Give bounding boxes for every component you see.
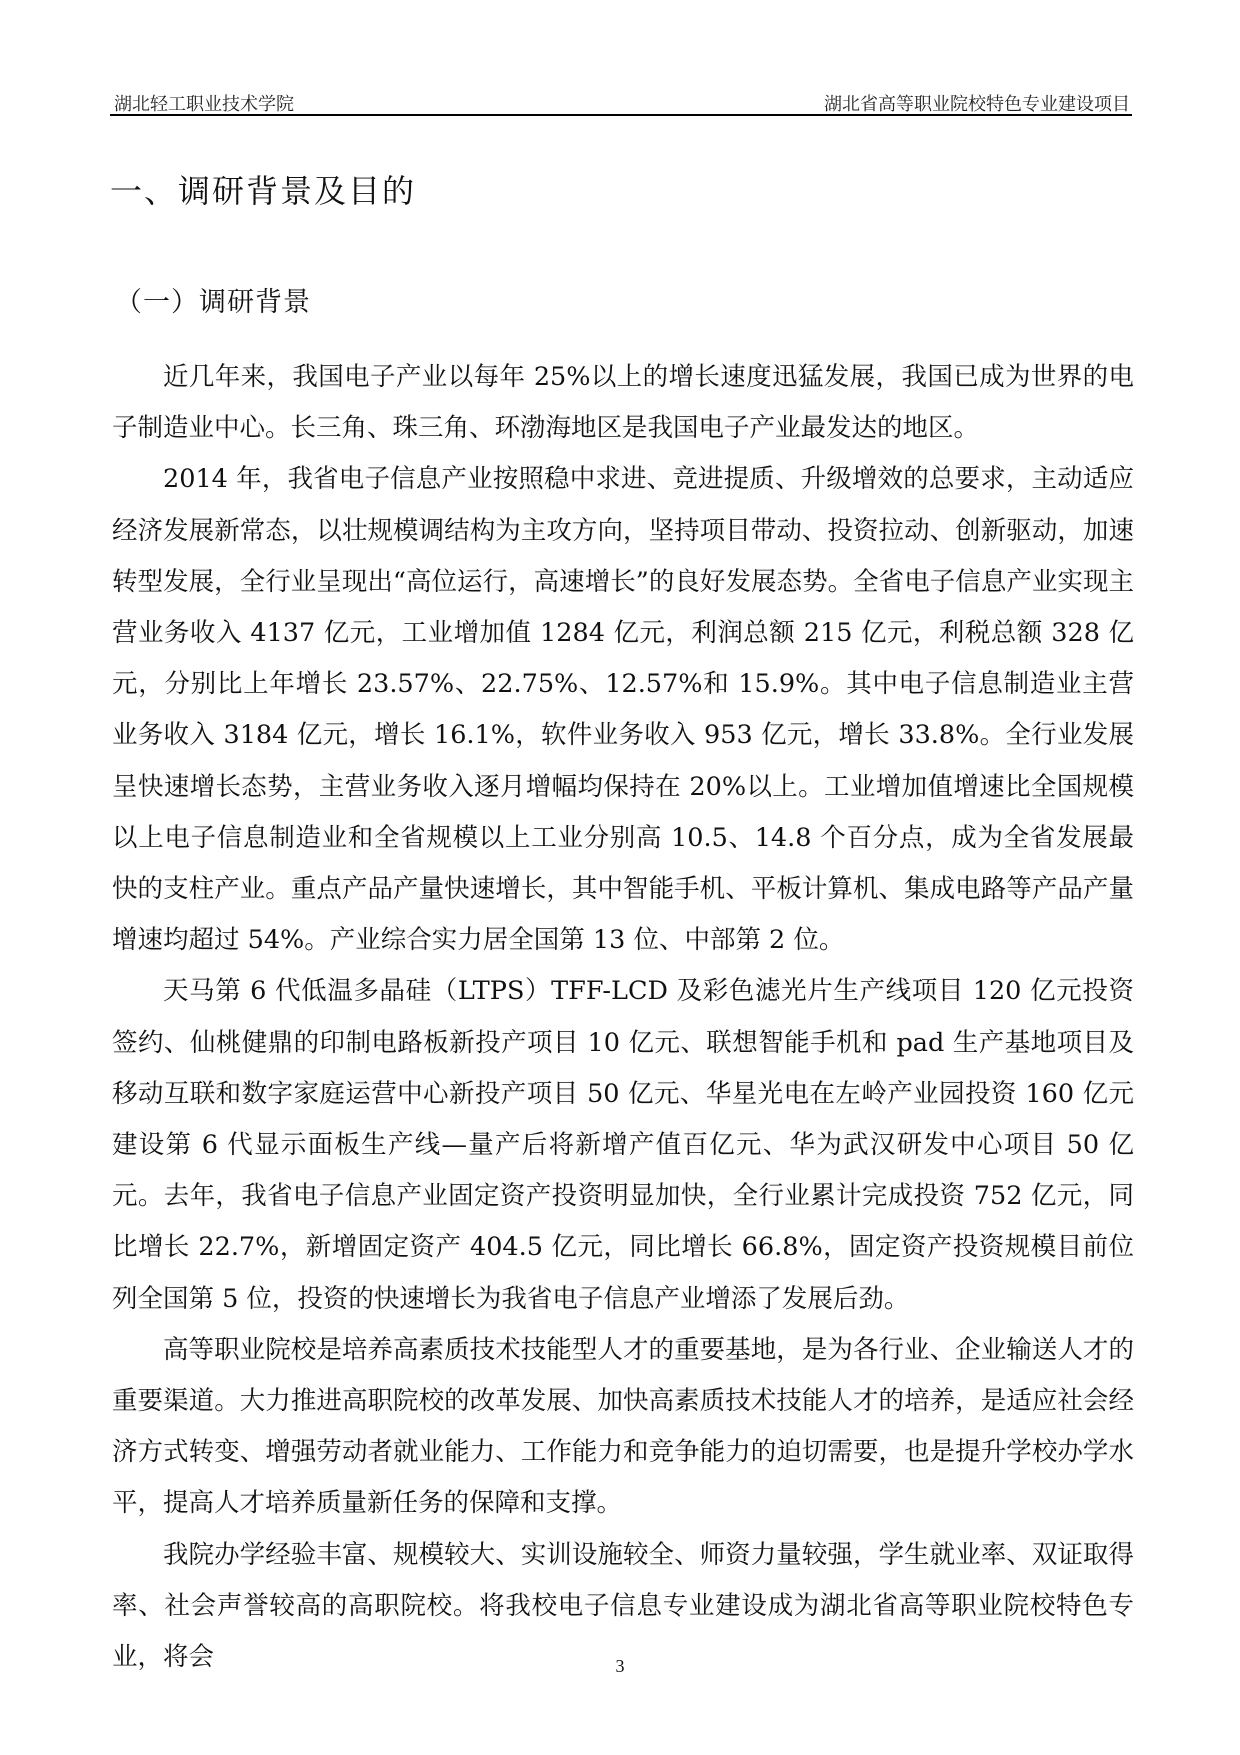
page-number: 3 [0,1656,1240,1677]
section-title: 一、调研背景及目的 [110,166,416,212]
header-divider [110,114,1132,116]
paragraph: 近几年来，我国电子产业以每年 25%以上的增长速度迅猛发展，我国已成为世界的电子… [112,352,1134,454]
paragraph: 2014 年，我省电子信息产业按照稳中求进、竞进提质、升级增效的总要求，主动适应… [112,454,1134,966]
header-institution: 湖北轻工职业技术学院 [114,90,294,116]
header-project: 湖北省高等职业院校特色专业建设项目 [824,90,1130,116]
subsection-title: （一）调研背景 [115,280,311,319]
body-text: 近几年来，我国电子产业以每年 25%以上的增长速度迅猛发展，我国已成为世界的电子… [112,352,1134,1683]
running-header: 湖北轻工职业技术学院 湖北省高等职业院校特色专业建设项目 [110,86,1130,114]
paragraph: 天马第 6 代低温多晶硅（LTPS）TFF-LCD 及彩色滤光片生产线项目 12… [112,966,1134,1324]
paragraph: 高等职业院校是培养高素质技术技能型人才的重要基地，是为各行业、企业输送人才的重要… [112,1325,1134,1530]
